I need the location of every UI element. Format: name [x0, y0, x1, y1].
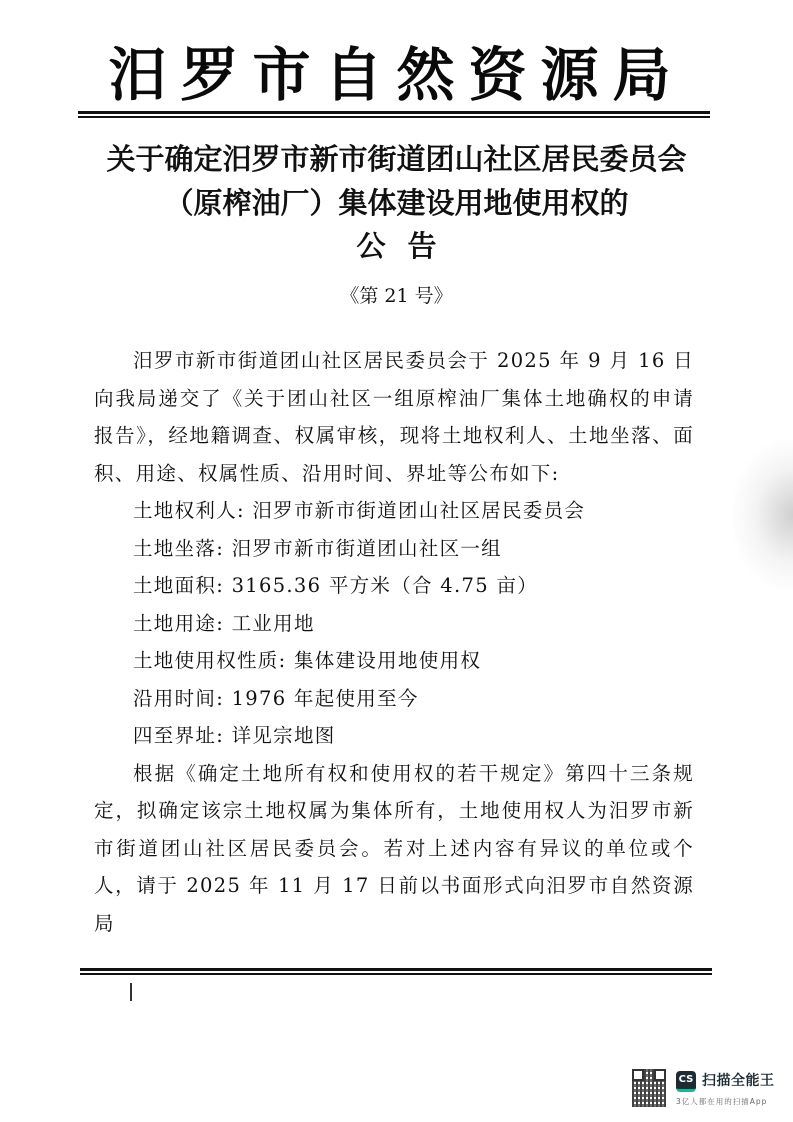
- field-right-type: 土地使用权性质: 集体建设用地使用权: [94, 642, 694, 680]
- field-value: 汨罗市新市街道团山社区居民委员会: [252, 499, 585, 522]
- notice-title-line-2: （原榨油厂）集体建设用地使用权的: [0, 183, 793, 223]
- field-value: 汨罗市新市街道团山社区一组: [232, 537, 502, 560]
- document-page: 汨罗市自然资源局 关于确定汨罗市新市街道团山社区居民委员会 （原榨油厂）集体建设…: [0, 0, 793, 1122]
- field-land-use: 土地用途: 工业用地: [94, 605, 694, 643]
- field-label: 土地使用权性质:: [133, 649, 286, 672]
- field-label: 土地权利人:: [133, 499, 245, 522]
- watermark-tagline: 3亿人都在用的扫描App: [676, 1096, 767, 1107]
- field-label: 土地坐落:: [133, 537, 224, 560]
- field-value: 工业用地: [232, 612, 315, 635]
- field-label: 土地用途:: [133, 612, 224, 635]
- field-area: 土地面积: 3165.36 平方米（合 4.75 亩）: [94, 567, 694, 605]
- field-value: 1976 年起使用至今: [232, 687, 419, 710]
- scan-shadow: [733, 440, 793, 590]
- field-label: 土地面积:: [133, 574, 224, 597]
- doc-number: 《第 21 号》: [0, 283, 793, 309]
- masthead-double-rule: [78, 111, 710, 118]
- notice-title-line-1: 关于确定汨罗市新市街道团山社区居民委员会: [0, 139, 793, 179]
- basis-paragraph: 根据《确定土地所有权和使用权的若干规定》第四十三条规定，拟确定该宗土地权属为集体…: [94, 755, 694, 943]
- notice-body: 汨罗市新市街道团山社区居民委员会于 2025 年 9 月 16 日向我局递交了《…: [94, 342, 694, 942]
- intro-paragraph: 汨罗市新市街道团山社区居民委员会于 2025 年 9 月 16 日向我局递交了《…: [94, 342, 694, 492]
- field-value: 详见宗地图: [232, 724, 336, 747]
- scan-artifact: [130, 983, 132, 1001]
- camscanner-watermark: CS 扫描全能王 3亿人都在用的扫描App: [632, 1067, 790, 1115]
- notice-title-line-3: 公告: [0, 226, 793, 266]
- field-usage-period: 沿用时间: 1976 年起使用至今: [94, 680, 694, 718]
- field-value: 3165.36 平方米（合 4.75 亩）: [232, 574, 538, 597]
- field-location: 土地坐落: 汨罗市新市街道团山社区一组: [94, 530, 694, 568]
- field-label: 沿用时间:: [133, 687, 224, 710]
- qr-code-icon: [632, 1069, 666, 1107]
- agency-masthead: 汨罗市自然资源局: [0, 40, 793, 110]
- watermark-app-name: 扫描全能王: [702, 1070, 775, 1090]
- camscanner-logo-icon: CS: [676, 1071, 696, 1092]
- field-boundaries: 四至界址: 详见宗地图: [94, 717, 694, 755]
- field-value: 集体建设用地使用权: [294, 649, 481, 672]
- field-rights-holder: 土地权利人: 汨罗市新市街道团山社区居民委员会: [94, 492, 694, 530]
- field-label: 四至界址:: [133, 724, 224, 747]
- footer-double-rule: [80, 968, 712, 975]
